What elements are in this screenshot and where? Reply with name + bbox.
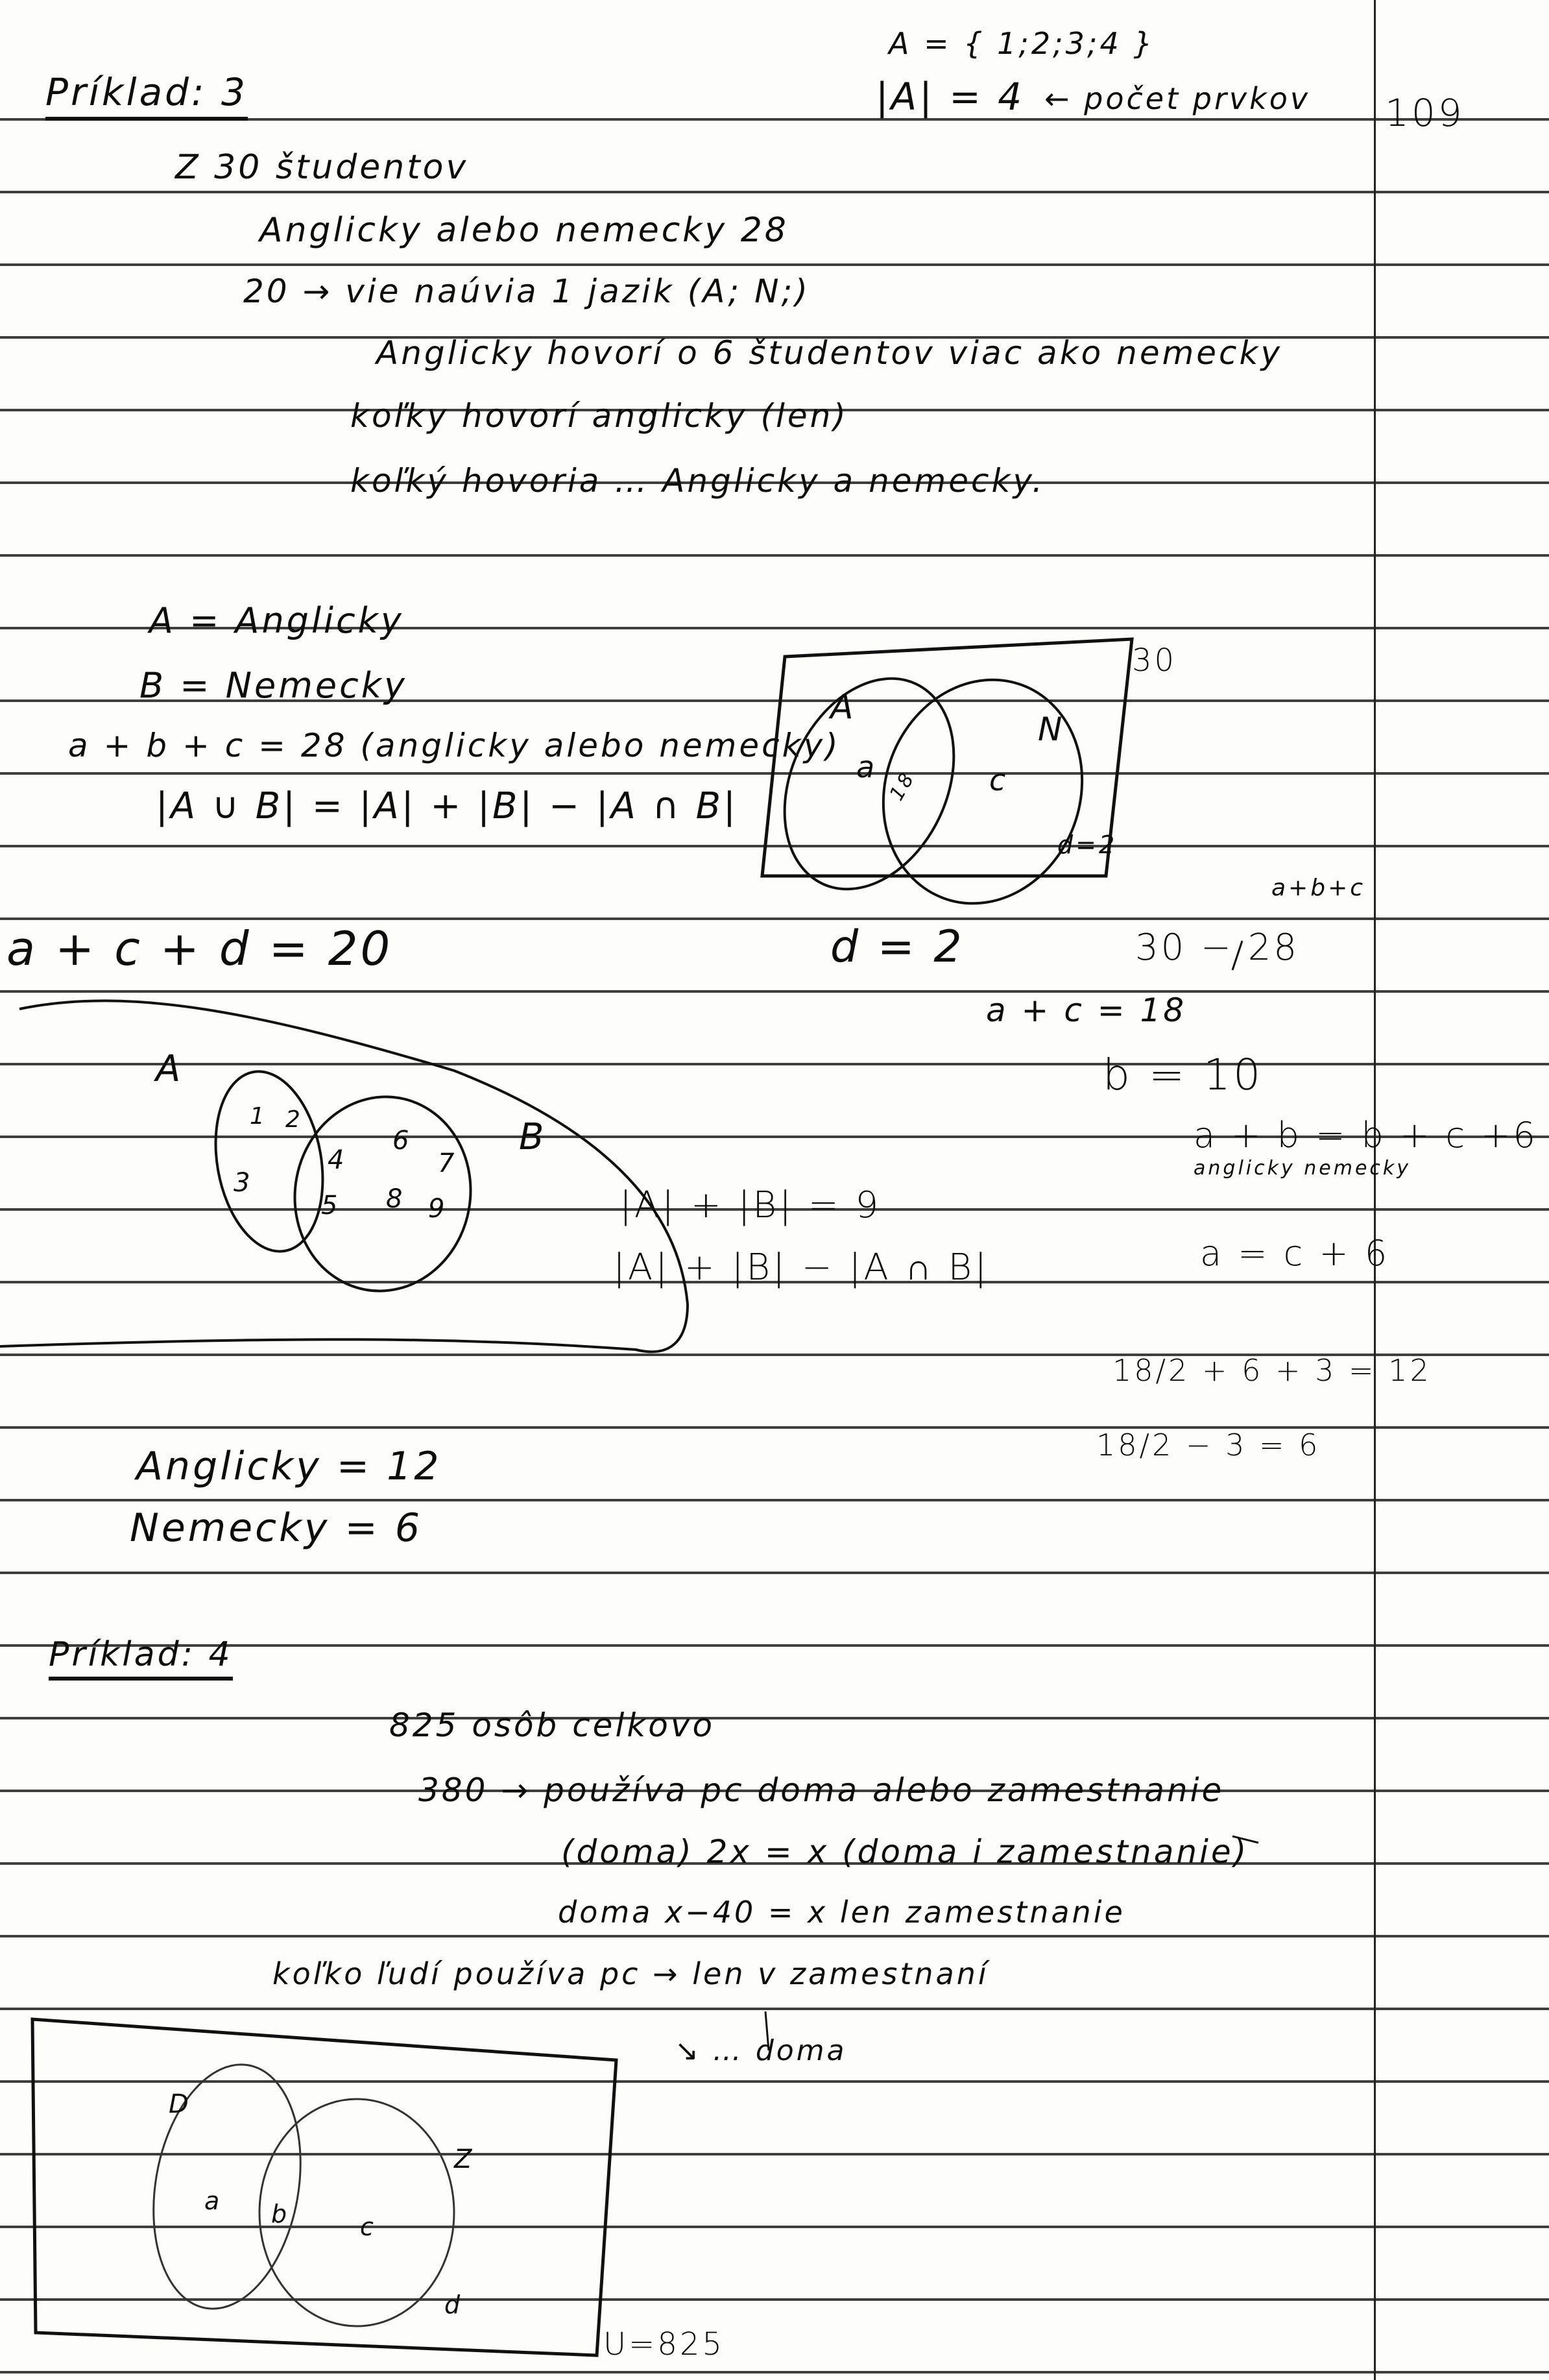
equation: 30 − 28 xyxy=(1135,927,1299,969)
venn1-set-n-label: N xyxy=(1038,710,1064,748)
venn2-set-a-label: A xyxy=(156,1048,183,1090)
example-4-heading: Príklad: 4 xyxy=(49,1635,233,1681)
venn1-universe-label: 30 xyxy=(1132,642,1177,679)
venn3-region-b: b xyxy=(271,2200,289,2228)
venn3-universe-label: U=825 xyxy=(603,2326,725,2362)
equation: anglicky nemecky xyxy=(1194,1157,1411,1180)
venn3-region-a: a xyxy=(204,2187,222,2215)
venn2-b-element: 6 xyxy=(392,1126,411,1156)
venn2-b-element: 8 xyxy=(386,1184,405,1214)
equation: 18/2 + 6 + 3 = 12 xyxy=(1112,1353,1432,1388)
venn1-region-a: a xyxy=(856,749,877,784)
equation: a = c + 6 xyxy=(1200,1233,1389,1274)
venn1-set-a-label: A xyxy=(830,688,856,727)
venn2-b-element: 9 xyxy=(428,1194,447,1224)
equation: a + c = 18 xyxy=(986,991,1186,1029)
venn1-region-c: c xyxy=(989,762,1008,797)
venn2-set-b-label: B xyxy=(519,1116,546,1158)
result: Nemecky = 6 xyxy=(130,1505,422,1551)
venn3-outside: d xyxy=(444,2290,462,2319)
venn3-set-d-label: D xyxy=(169,2089,191,2119)
equation: a + b = b + c +6 xyxy=(1194,1115,1538,1156)
equation: b = 10 xyxy=(1103,1050,1263,1100)
ex4-line: koľko ľudí používa pc → len v zamestnaní xyxy=(272,1956,989,1991)
ex4-line: doma x−40 = x len zamestnanie xyxy=(558,1895,1125,1930)
venn2-ab-element: 4 xyxy=(328,1145,346,1175)
ex4-line: 825 osôb celkovo xyxy=(389,1706,715,1744)
venn3-region-c: c xyxy=(360,2213,376,2241)
venn2-formula: |A| + |B| − |A ∩ B| xyxy=(613,1246,989,1289)
ex4-line: ↘ … doma xyxy=(675,2034,847,2067)
venn1-outside: d=2 xyxy=(1057,831,1117,859)
equation: a+b+c xyxy=(1271,875,1365,901)
equation: 18/2 − 3 = 6 xyxy=(1096,1427,1320,1463)
ex4-line: 380 → používa pc doma alebo zamestnanie xyxy=(418,1771,1224,1809)
venn2-a-element: 1 xyxy=(250,1103,267,1130)
venn2-a-element: 3 xyxy=(234,1168,252,1198)
equation: d = 2 xyxy=(830,921,965,973)
equation: a + c + d = 20 xyxy=(6,921,392,976)
ex4-line: (doma) 2x = x (doma i zamestnanie) xyxy=(561,1833,1249,1871)
venn2-formula: |A| + |B| = 9 xyxy=(619,1184,881,1226)
venn3-set-z-label: Z xyxy=(454,2144,474,2174)
result: Anglicky = 12 xyxy=(136,1444,442,1489)
venn2-ab-element: 5 xyxy=(321,1191,340,1220)
venn2-b-element: 7 xyxy=(438,1148,457,1178)
venn2-a-element: 2 xyxy=(285,1106,303,1133)
